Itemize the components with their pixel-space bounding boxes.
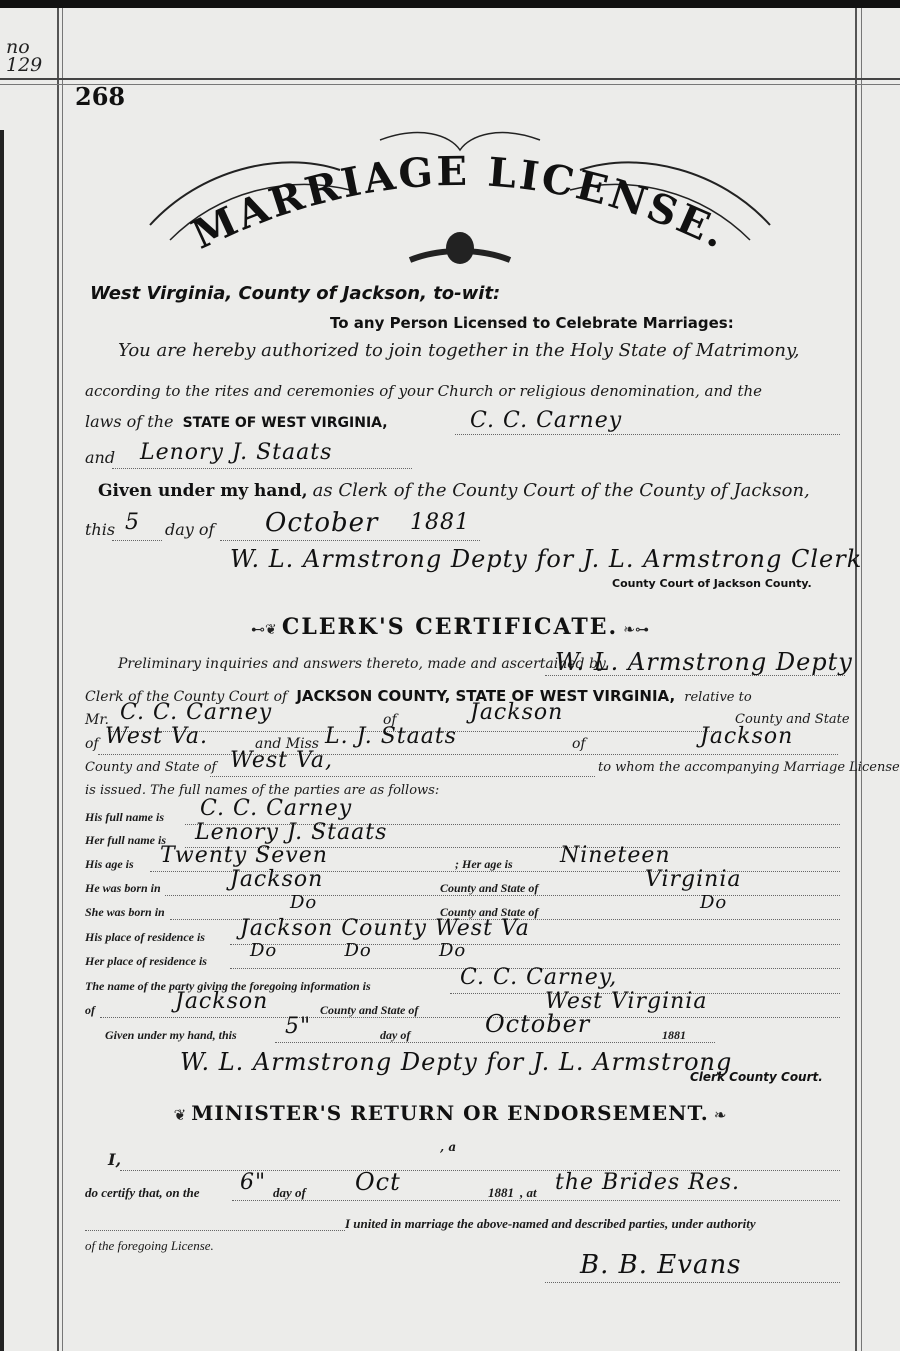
i-label: I, — [108, 1150, 121, 1169]
header-rule — [0, 78, 900, 80]
bride-name: Lenory J. Staats — [140, 440, 332, 465]
groom-name: C. C. Carney — [470, 408, 622, 433]
clerk-of-court-text: as Clerk of the County Court of the Coun… — [313, 480, 810, 501]
margin-note-number: 129 — [6, 56, 42, 74]
informant-value: C. C. Carney, — [460, 965, 617, 990]
foregoing-license-text: of the foregoing License. — [85, 1238, 214, 1254]
marriage-month: Oct — [355, 1168, 401, 1196]
minister-return-title: MINISTER'S RETURN OR ENDORSEMENT. — [191, 1101, 708, 1125]
day-line — [112, 540, 162, 541]
license-text-line1: You are hereby authorized to join togeth… — [118, 340, 800, 361]
given-under-line: Given under my hand, as Clerk of the Cou… — [98, 480, 810, 501]
county-state-of-label: County and State of — [85, 760, 216, 775]
given-label: Given under my hand, — [98, 481, 308, 501]
she-born-label: She was born in — [85, 905, 165, 920]
mr-name: C. C. Carney — [120, 700, 272, 725]
cert-line1: Preliminary inquiries and answers theret… — [118, 656, 606, 672]
her-residence-value: Do Do Do — [250, 940, 466, 961]
she-born-value: Do — [290, 892, 317, 913]
license-year: 1881 — [410, 510, 470, 535]
ascertained-by: W. L. Armstrong Depty — [555, 648, 853, 676]
minister-return-header: ❦ MINISTER'S RETURN OR ENDORSEMENT. ❧ — [150, 1101, 750, 1125]
miss-county: Jackson — [700, 724, 793, 749]
informant-county: Jackson — [175, 989, 268, 1014]
informant-of-line — [100, 1017, 840, 1018]
miss-state: West Va, — [230, 748, 333, 773]
state-label: STATE OF WEST VIRGINIA, — [183, 415, 388, 431]
clerk-signature: W. L. Armstrong Depty for J. L. Armstron… — [230, 545, 862, 573]
mr-county: Jackson — [470, 700, 563, 725]
marriage-day: 6" — [240, 1170, 266, 1195]
his-full-name-value: C. C. Carney — [200, 796, 352, 821]
informant-state-label: County and State of — [320, 1003, 418, 1018]
her-full-name-label: Her full name is — [85, 833, 166, 848]
license-day: 5 — [125, 510, 140, 535]
margin-note: no 129 — [6, 38, 42, 74]
his-age-value: Twenty Seven — [160, 843, 328, 868]
her-full-name-value: Lenory J. Staats — [195, 820, 387, 845]
he-born-state-label: County and State of — [440, 881, 538, 896]
groom-line — [455, 434, 840, 435]
her-age-value: Nineteen — [560, 843, 671, 868]
license-text-line2: according to the rites and ceremonies of… — [85, 382, 762, 400]
left-ornament-icon: ❦ — [174, 1106, 187, 1124]
he-born-state-value: Virginia — [645, 867, 742, 892]
mr-state-line — [98, 754, 838, 755]
address-heading: To any Person Licensed to Celebrate Marr… — [330, 314, 734, 332]
clerk-certificate-title: CLERK'S CERTIFICATE. — [282, 614, 618, 640]
and-label: and — [85, 448, 115, 467]
this-label: this — [85, 520, 115, 539]
marriage-place: the Brides Res. — [555, 1170, 740, 1195]
laws-of-label: laws of the — [85, 412, 174, 431]
he-born-value: Jackson — [230, 867, 323, 892]
relative-to-label: relative to — [684, 690, 751, 705]
she-born-state-value: Do — [700, 892, 727, 913]
of-label-2: of — [85, 736, 99, 752]
right-ornament-icon: ❧ — [714, 1106, 727, 1124]
given-year: 1881 — [662, 1028, 686, 1043]
given-line — [275, 1042, 715, 1043]
month-line — [220, 540, 480, 541]
of-label-3: of — [572, 736, 586, 752]
bride-line — [112, 468, 412, 469]
license-text-line3: laws of the STATE OF WEST VIRGINIA, — [85, 412, 388, 431]
marriage-day-of-label: day of — [273, 1185, 306, 1201]
license-month: October — [265, 508, 378, 538]
united-prefix-line — [85, 1230, 345, 1231]
minister-signature: B. B. Evans — [580, 1250, 742, 1280]
he-born-label: He was born in — [85, 881, 161, 896]
right-ornament-icon: ❧⊶ — [623, 622, 649, 638]
margin-rule-left — [57, 8, 59, 1351]
miss-state-line — [210, 776, 595, 777]
united-text: I united in marriage the above-named and… — [345, 1216, 756, 1232]
left-ornament-icon: ⊷❦ — [251, 622, 277, 638]
his-residence-value: Jackson County West Va — [240, 916, 530, 941]
marriage-year: 1881 — [488, 1185, 514, 1201]
certificate-signature: W. L. Armstrong Depty for J. L. Armstron… — [180, 1048, 732, 1076]
certificate-signature-title: Clerk County Court. — [690, 1070, 823, 1084]
her-age-label: ; Her age is — [455, 857, 513, 872]
title-flourish-icon: MARRIAGE LICENSE. — [140, 130, 780, 280]
given-day-of-label: day of — [380, 1028, 410, 1043]
minister-signature-line — [545, 1282, 840, 1283]
given-month: October — [485, 1010, 590, 1038]
page-number: 268 — [75, 82, 125, 111]
jurisdiction-heading: West Virginia, County of Jackson, to-wit… — [90, 283, 500, 304]
clerk-certificate-header: ⊷❦ CLERK'S CERTIFICATE. ❧⊶ — [205, 614, 695, 640]
a-label: , a — [440, 1140, 456, 1154]
informant-of-label: of — [85, 1003, 95, 1018]
clerk-signature-title: County Court of Jackson County. — [612, 577, 812, 590]
to-whom-label: to whom the accompanying Marriage Licens… — [598, 760, 900, 775]
miss-name: L. J. Staats — [325, 724, 457, 749]
given-under-label: Given under my hand, this — [105, 1028, 237, 1043]
his-full-name-label: His full name is — [85, 810, 164, 825]
his-residence-label: His place of residence is — [85, 930, 205, 945]
header-rule-inner — [0, 84, 900, 85]
certify-label: do certify that, on the — [85, 1185, 199, 1201]
scan-left-edge — [0, 130, 4, 1351]
mr-state: West Va. — [105, 724, 208, 749]
at-label: , at — [520, 1185, 537, 1201]
margin-rule-right — [855, 8, 857, 1351]
scan-top-border — [0, 0, 900, 8]
her-residence-label: Her place of residence is — [85, 954, 207, 969]
margin-rule-left-inner — [62, 8, 63, 1351]
day-of-label: day of — [165, 520, 214, 539]
his-age-label: His age is — [85, 857, 134, 872]
given-day: 5" — [285, 1014, 311, 1039]
margin-rule-right-inner — [861, 8, 862, 1351]
